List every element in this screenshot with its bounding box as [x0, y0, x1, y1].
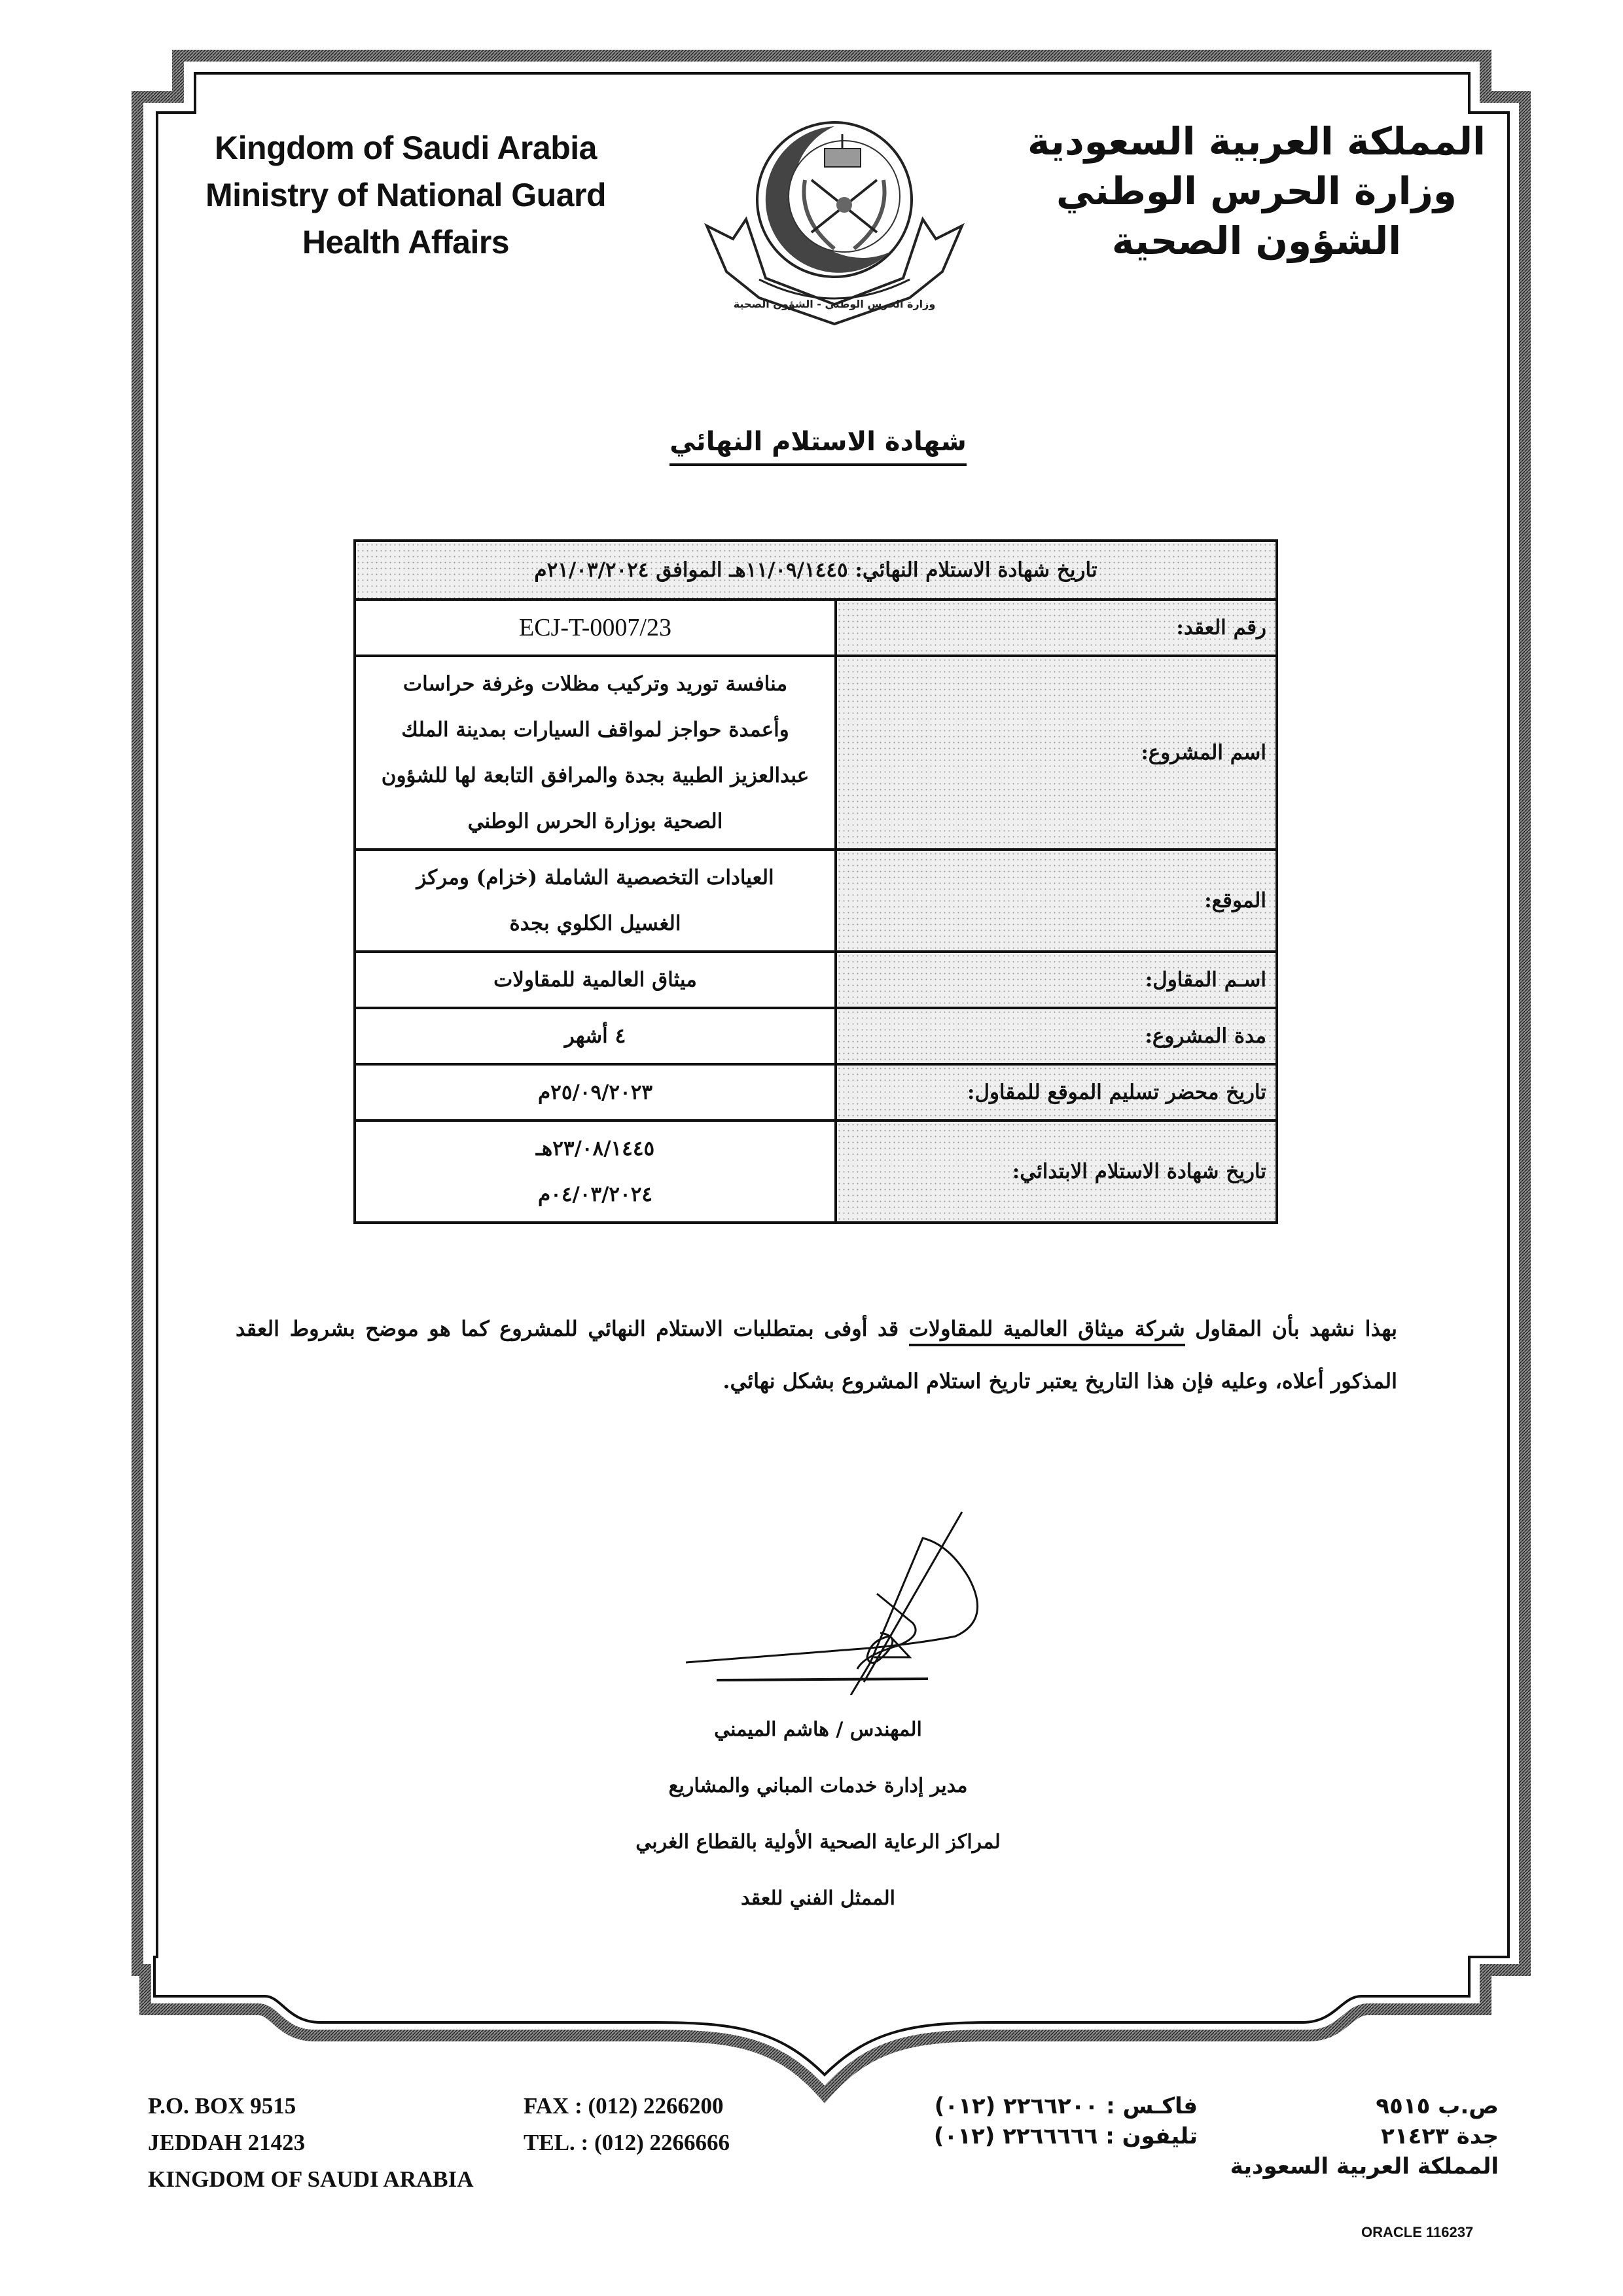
- signatory-title-1: مدير إدارة خدمات المباني والمشاريع: [563, 1758, 1073, 1814]
- footer-contact-arabic: فاكـس : ٢٢٦٦٢٠٠ (٠١٢) تليفون : ٢٢٦٦٦٦٦ (…: [831, 2091, 1198, 2151]
- signature-icon: [648, 1505, 1014, 1695]
- contract-number-value: ECJ-T-0007/23: [355, 600, 836, 656]
- contract-number-label: رقم العقد:: [836, 600, 1277, 656]
- footer-address-arabic: ص.ب ٩٥١٥ جدة ٢١٤٢٣ المملكة العربية السعو…: [1171, 2091, 1499, 2181]
- initial-acceptance-date-value: ٢٣/٠٨/١٤٤٥هـ ٠٤/٠٣/٢٠٢٤م: [355, 1121, 836, 1223]
- table-row: رقم العقد: ECJ-T-0007/23: [355, 600, 1277, 656]
- header-arabic-line-1: المملكة العربية السعودية: [1021, 117, 1492, 166]
- table-row: مدة المشروع: ٤ أشهر: [355, 1008, 1277, 1064]
- header-english-line-1: Kingdom of Saudi Arabia: [183, 124, 628, 171]
- table-row: اسـم المقاول: ميثاق العالمية للمقاولات: [355, 952, 1277, 1008]
- final-certificate-date: تاريخ شهادة الاستلام النهائي: ١١/٠٩/١٤٤٥…: [355, 541, 1277, 600]
- contractor-name-label: اسـم المقاول:: [836, 952, 1277, 1008]
- ministry-emblem-icon: وزارة الحرس الوطني - الشؤون الصحية: [694, 108, 975, 331]
- header-arabic-line-3: الشؤون الصحية: [1021, 216, 1492, 266]
- form-code: ORACLE 116237: [1361, 2224, 1473, 2241]
- project-name-label: اسم المشروع:: [836, 656, 1277, 850]
- certificate-details-table: تاريخ شهادة الاستلام النهائي: ١١/٠٩/١٤٤٥…: [353, 539, 1278, 1224]
- signatory-role: الممثل الفني للعقد: [563, 1871, 1073, 1927]
- header-arabic: المملكة العربية السعودية وزارة الحرس الو…: [1021, 117, 1492, 266]
- certification-statement: بهذا نشهد بأن المقاول شركة ميثاق العالمي…: [236, 1302, 1397, 1407]
- table-row: الموقع: العيادات التخصصية الشاملة (خزام)…: [355, 850, 1277, 952]
- signatory-block: المهندس / هاشم الميمني مدير إدارة خدمات …: [563, 1702, 1073, 1927]
- header-english-line-2: Ministry of National Guard: [183, 171, 628, 219]
- table-row: تاريخ شهادة الاستلام الابتدائي: ٢٣/٠٨/١٤…: [355, 1121, 1277, 1223]
- location-label: الموقع:: [836, 850, 1277, 952]
- header-english: Kingdom of Saudi Arabia Ministry of Nati…: [183, 124, 628, 266]
- project-name-value: منافسة توريد وتركيب مظلات وغرفة حراسات و…: [355, 656, 836, 850]
- contractor-company-name: شركة ميثاق العالمية للمقاولات: [909, 1316, 1185, 1346]
- site-handover-date-value: ٢٥/٠٩/٢٠٢٣م: [355, 1064, 836, 1121]
- initial-acceptance-date-label: تاريخ شهادة الاستلام الابتدائي:: [836, 1121, 1277, 1223]
- signatory-title-2: لمراكز الرعاية الصحية الأولية بالقطاع ال…: [563, 1814, 1073, 1871]
- footer-tel: TEL. : (012) 2266666: [524, 2125, 730, 2161]
- footer-fax: FAX : (012) 2266200: [524, 2088, 730, 2125]
- emblem-ribbon-text: وزارة الحرس الوطني - الشؤون الصحية: [734, 298, 936, 311]
- site-handover-date-label: تاريخ محضر تسليم الموقع للمقاول:: [836, 1064, 1277, 1121]
- footer-address-english: P.O. BOX 9515 JEDDAH 21423 KINGDOM OF SA…: [148, 2088, 474, 2198]
- table-header-row: تاريخ شهادة الاستلام النهائي: ١١/٠٩/١٤٤٥…: [355, 541, 1277, 600]
- header-english-line-3: Health Affairs: [183, 219, 628, 266]
- table-row: اسم المشروع: منافسة توريد وتركيب مظلات و…: [355, 656, 1277, 850]
- document-title-text: شهادة الاستلام النهائي: [669, 427, 967, 466]
- footer-contact-english: FAX : (012) 2266200 TEL. : (012) 2266666: [524, 2088, 730, 2161]
- signatory-name: المهندس / هاشم الميمني: [563, 1702, 1073, 1758]
- project-duration-value: ٤ أشهر: [355, 1008, 836, 1064]
- document-title: شهادة الاستلام النهائي: [589, 427, 1047, 457]
- location-value: العيادات التخصصية الشاملة (خزام) ومركز ا…: [355, 850, 836, 952]
- project-duration-label: مدة المشروع:: [836, 1008, 1277, 1064]
- table-row: تاريخ محضر تسليم الموقع للمقاول: ٢٥/٠٩/٢…: [355, 1064, 1277, 1121]
- header-arabic-line-2: وزارة الحرس الوطني: [1021, 166, 1492, 216]
- contractor-name-value: ميثاق العالمية للمقاولات: [355, 952, 836, 1008]
